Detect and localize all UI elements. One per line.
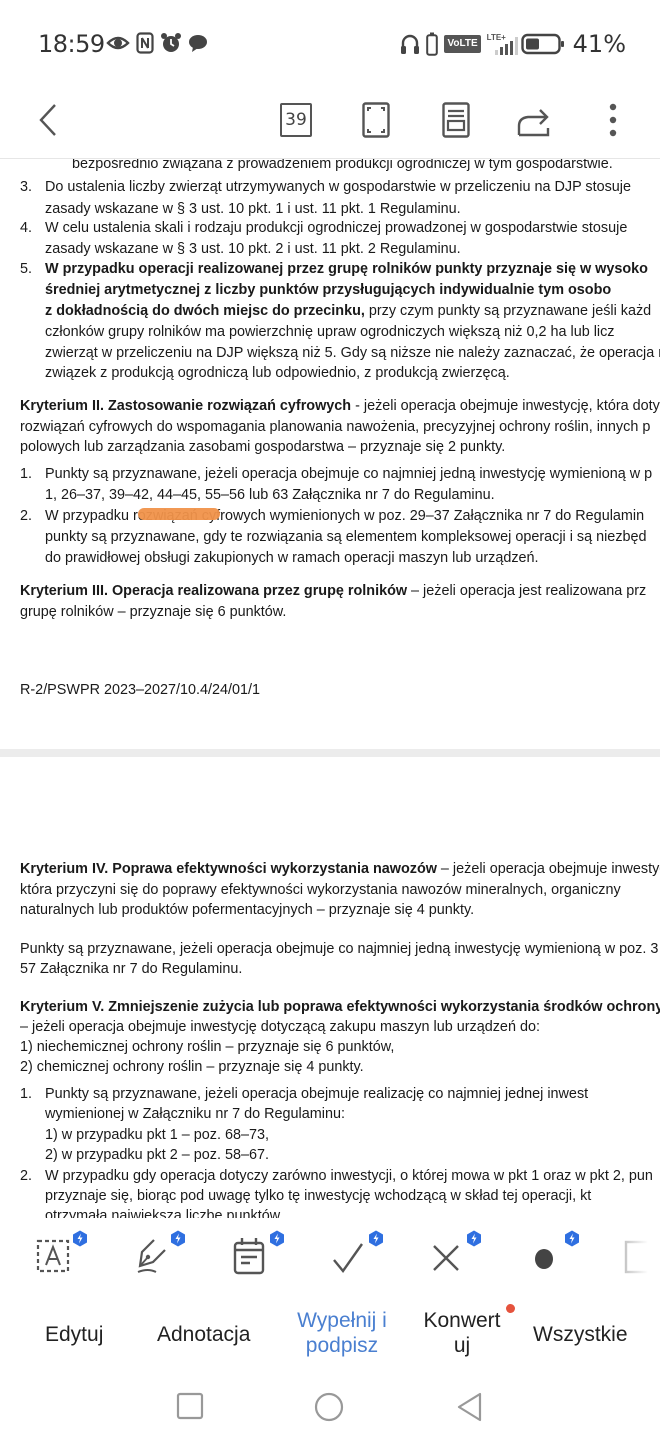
doc-text-line: z dokładnością do dwóch miejsc do przeci… [45, 301, 651, 321]
doc-text-line: do prawidłowej obsługi zakupionych w ram… [45, 548, 539, 568]
list-number: 5. [20, 259, 32, 279]
battery-saver-icon [426, 32, 438, 56]
status-bar: 18:59 VoLTE LTE+ 41% [0, 0, 660, 86]
date-tool[interactable] [233, 1232, 273, 1278]
page-separator [0, 749, 660, 757]
bottom-tab-bar: Edytuj Adnotacja Wypełnij i podpisz Konw… [0, 1296, 660, 1374]
battery-icon [521, 33, 565, 55]
cross-icon [430, 1242, 462, 1274]
headphones-icon [400, 33, 420, 55]
doc-text-line: grupę rolników – przyznaje się 6 punktów… [20, 602, 286, 622]
scroll-fade [600, 1218, 660, 1296]
system-navigation-bar [0, 1374, 660, 1440]
doc-text-line: Punkty są przyznawane, jeżeli operacja o… [20, 939, 658, 959]
doc-text-line: 1) niechemicznej ochrony roślin – przyzn… [20, 1037, 394, 1057]
cross-tool[interactable] [430, 1232, 470, 1278]
tab-all[interactable]: Wszystkie [533, 1322, 628, 1347]
notification-dot [506, 1304, 515, 1313]
doc-text-line: 1, 26–37, 39–42, 44–45, 55–56 lub 63 Zał… [45, 485, 495, 505]
back-icon [37, 103, 59, 137]
fit-page-icon [362, 102, 390, 138]
dot-tool[interactable] [528, 1232, 568, 1278]
tab-annotate[interactable]: Adnotacja [157, 1322, 250, 1347]
text-field-tool[interactable] [36, 1232, 76, 1278]
triangle-back-icon [456, 1392, 484, 1422]
circle-home-icon [314, 1392, 344, 1422]
doc-text-line: wymienionej w Załączniku nr 7 do Regulam… [45, 1104, 345, 1124]
doc-text-line: która przyczyni się do poprawy efektywno… [20, 880, 621, 900]
doc-text-line: 57 Załącznika nr 7 do Regulaminu. [20, 959, 242, 979]
doc-text-line: Do ustalenia liczby zwierząt utrzymywany… [45, 177, 631, 197]
doc-text-line: 1) w przypadku pkt 1 – poz. 68–73, [45, 1125, 269, 1145]
premium-badge-icon [466, 1230, 482, 1247]
doc-text-line: naturalnych lub produktów pofermentacyjn… [20, 900, 474, 920]
criterion-heading: Kryterium V. Zmniejszenie zużycia lub po… [20, 997, 660, 1017]
list-number: 1. [20, 1084, 32, 1104]
text-box-icon [36, 1238, 72, 1276]
list-number: 2. [20, 1166, 32, 1186]
doc-text-line: W przypadku gdy operacja dotyczy zarówno… [45, 1166, 653, 1186]
list-number: 2. [20, 506, 32, 526]
doc-text-line: zasady wskazane w § 3 ust. 10 pkt. 1 i u… [45, 199, 461, 219]
fit-page-button[interactable] [354, 96, 398, 144]
reading-mode-icon [442, 102, 470, 138]
back-button[interactable] [28, 96, 68, 144]
criterion-heading: Kryterium III. Operacja realizowana prze… [20, 581, 646, 601]
doc-text-line: związek z produkcją ogrodniczą lub odpow… [45, 363, 510, 383]
nfc-icon [136, 32, 154, 54]
lte-signal-icon: LTE+ [487, 33, 515, 55]
premium-badge-icon [368, 1230, 384, 1247]
doc-text-line: Punkty są przyznawane, jeżeli operacja o… [45, 1084, 588, 1104]
pen-nib-icon [134, 1236, 170, 1276]
tab-fill-sign[interactable]: Wypełnij i podpisz [290, 1308, 394, 1358]
alarm-icon [160, 32, 182, 54]
doc-text-line: członków grupy rolników ma powierzchnię … [45, 322, 615, 342]
top-toolbar: 39 [0, 86, 660, 158]
doc-text-line: W przypadku operacji realizowanej przez … [45, 259, 648, 279]
back-nav-button[interactable] [456, 1392, 484, 1427]
page-footer-reference: R-2/PSWPR 2023–2027/10.4/24/01/1 [20, 680, 260, 700]
doc-text-line: Punkty są przyznawane, jeżeli operacja o… [45, 464, 652, 484]
tab-convert[interactable]: Konwert uj [420, 1308, 504, 1358]
dot-icon [528, 1242, 560, 1274]
home-button[interactable] [314, 1392, 344, 1427]
premium-badge-icon [72, 1230, 88, 1247]
doc-text-line: średniej arytmetycznej z liczby punktów … [45, 280, 611, 300]
doc-text-line: rozwiązań cyfrowych do wspomagania plano… [20, 417, 650, 437]
chat-bubble-icon [188, 33, 208, 53]
volte-icon: VoLTE [444, 35, 480, 53]
square-recents-icon [176, 1392, 204, 1420]
check-tool[interactable] [332, 1232, 372, 1278]
page-number: 39 [280, 103, 312, 137]
eye-icon [106, 33, 130, 53]
doc-text-line: zwierząt w przeliczeniu na DJP większą n… [45, 343, 660, 363]
criterion-heading: Kryterium II. Zastosowanie rozwiązań cyf… [20, 396, 660, 416]
doc-text-line: zasady wskazane w § 3 ust. 10 pkt. 2 i u… [45, 239, 461, 259]
share-button[interactable] [512, 96, 556, 144]
signature-tool[interactable] [134, 1232, 174, 1278]
doc-text-line: W celu ustalenia skali i rodzaju produkc… [45, 218, 627, 238]
doc-text-line: polowych lub zarządzania zasobami gospod… [20, 437, 505, 457]
doc-text-line: 2) chemicznej ochrony roślin – przyznaje… [20, 1057, 364, 1077]
criterion-heading: Kryterium IV. Poprawa efektywności wykor… [20, 859, 660, 879]
list-number: 3. [20, 177, 32, 197]
calendar-icon [233, 1236, 267, 1276]
recents-button[interactable] [176, 1392, 204, 1425]
list-number: 1. [20, 464, 32, 484]
list-number: 4. [20, 218, 32, 238]
page-number-button[interactable]: 39 [274, 96, 318, 144]
tab-edit[interactable]: Edytuj [45, 1322, 103, 1347]
doc-text-line: przyznaje się, biorąc pod uwagę tylko tę… [45, 1186, 591, 1206]
more-icon [609, 103, 617, 137]
clock: 18:59 [38, 30, 105, 58]
reading-mode-button[interactable] [434, 96, 478, 144]
doc-text-line: otrzymała największą liczbę punktów. [45, 1206, 283, 1218]
fill-sign-tools [0, 1218, 660, 1296]
pdf-document-view[interactable]: bezpośrednio związana z prowadzeniem pro… [0, 158, 660, 1218]
doc-text-line: – jeżeli operacja obejmuje inwestycję do… [20, 1017, 540, 1037]
orange-highlight-annotation[interactable] [138, 508, 220, 520]
battery-percent: 41% [573, 30, 626, 58]
doc-text-line: bezpośrednio związana z prowadzeniem pro… [72, 158, 613, 174]
doc-text-line: W przypadku rozwiązań cyfrowych wymienio… [45, 506, 644, 526]
premium-badge-icon [269, 1230, 285, 1247]
checkmark-icon [332, 1240, 366, 1276]
premium-badge-icon [564, 1230, 580, 1247]
doc-text-line: punkty są przyznawane, gdy te rozwiązani… [45, 527, 647, 547]
premium-badge-icon [170, 1230, 186, 1247]
doc-text-line: 2) w przypadku pkt 2 – poz. 58–67. [45, 1145, 269, 1165]
more-options-button[interactable] [598, 96, 628, 144]
share-icon [516, 102, 552, 138]
